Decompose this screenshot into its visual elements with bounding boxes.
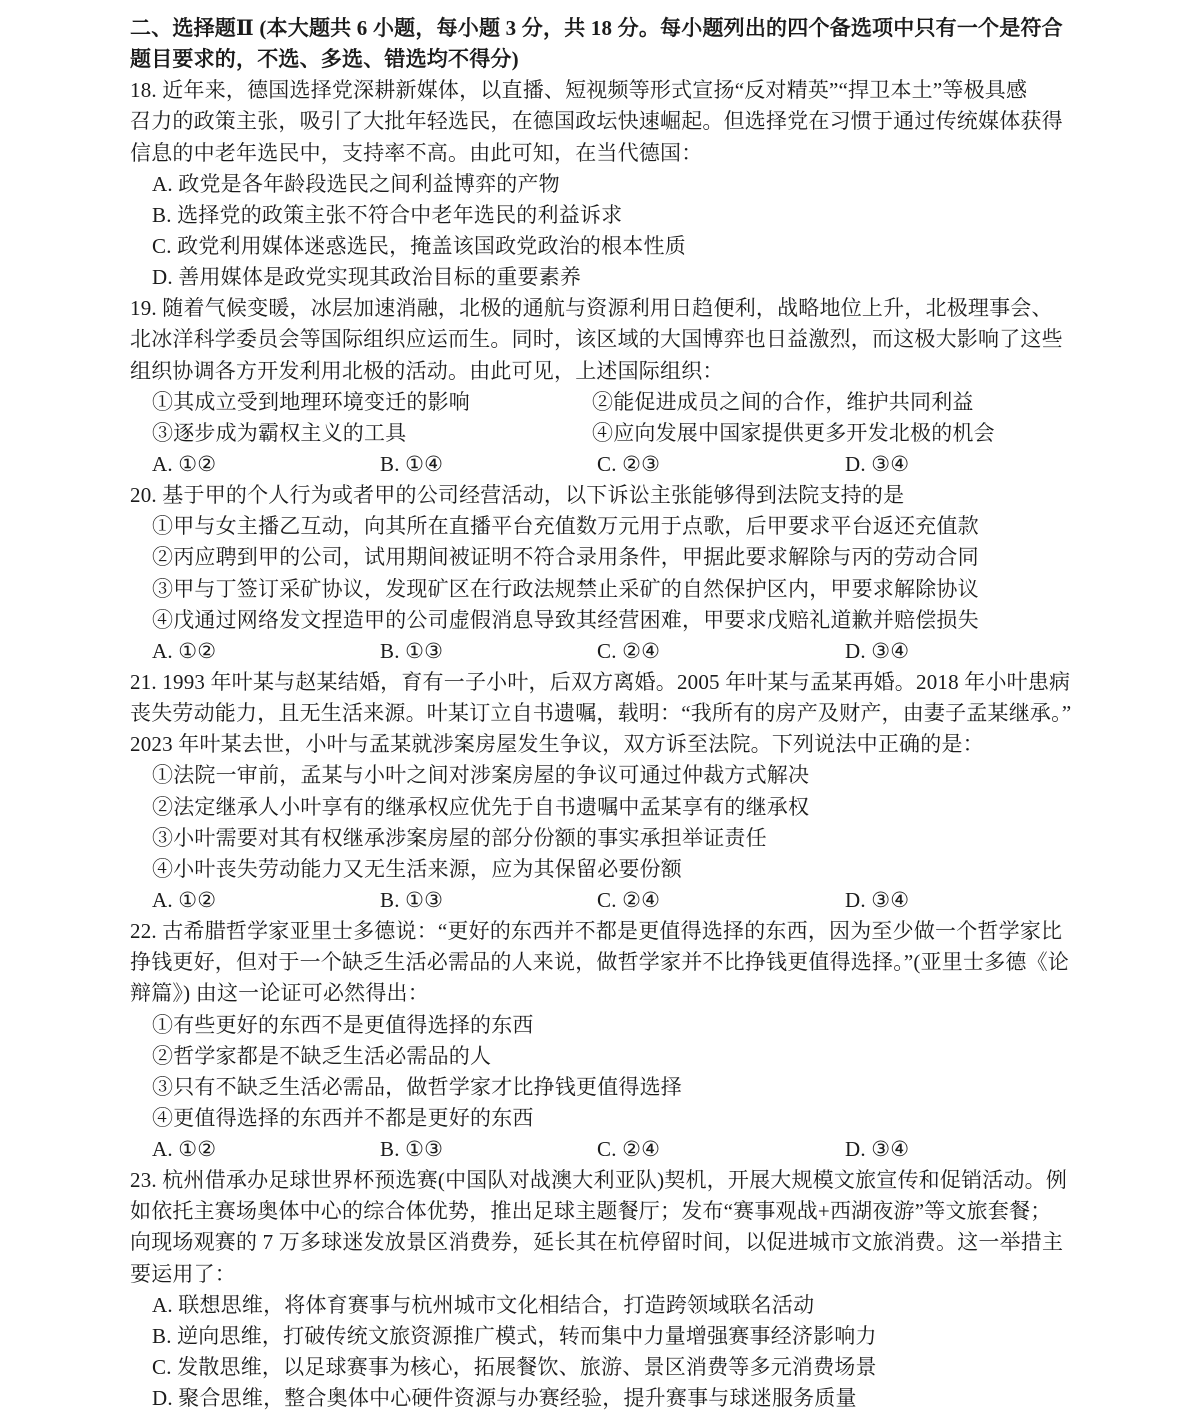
question-stem-line: 22. 古希腊哲学家亚里士多德说：“更好的东西并不都是更值得选择的东西，因为至少… xyxy=(130,916,1070,947)
answer-choices-row: A. ①②B. ①④C. ②③D. ③④ xyxy=(130,449,1070,480)
answer-choice: B. ①③ xyxy=(380,1134,597,1165)
answer-choice: B. ①③ xyxy=(380,885,597,916)
numbered-item: ③逐步成为霸权主义的工具 xyxy=(152,418,592,449)
section-header-line: 题目要求的，不选、多选、错选均不得分) xyxy=(130,44,1070,75)
question-stem-line: 信息的中老年选民中，支持率不高。由此可知，在当代德国： xyxy=(130,138,1070,169)
question-stem-line: 召力的政策主张，吸引了大批年轻选民，在德国政坛快速崛起。但选择党在习惯于通过传统… xyxy=(130,106,1070,137)
section-header-line: 二、选择题Ⅱ (本大题共 6 小题，每小题 3 分，共 18 分。每小题列出的四… xyxy=(130,13,1070,44)
numbered-item: ①其成立受到地理环境变迁的影响 xyxy=(152,387,592,418)
option-line: ②丙应聘到甲的公司，试用期间被证明不符合录用条件，甲据此要求解除与丙的劳动合同 xyxy=(130,542,1070,573)
option-line: ④小叶丧失劳动能力又无生活来源，应为其保留必要份额 xyxy=(130,854,1070,885)
question-stem-line: 向现场观赛的 7 万多球迷发放景区消费券，延长其在杭停留时间，以促进城市文旅消费… xyxy=(130,1227,1070,1258)
question-stem-line: 要运用了： xyxy=(130,1259,1070,1290)
answer-choice: A. ①② xyxy=(152,636,380,667)
answer-choices-row: A. ①②B. ①③C. ②④D. ③④ xyxy=(130,885,1070,916)
option-line: ②哲学家都是不缺乏生活必需品的人 xyxy=(130,1041,1070,1072)
option-line: C. 发散思维，以足球赛事为核心，拓展餐饮、旅游、景区消费等多元消费场景 xyxy=(130,1352,1070,1383)
numbered-item-row: ①其成立受到地理环境变迁的影响②能促进成员之间的合作，维护共同利益 xyxy=(130,387,1070,418)
question-stem-line: 丧失劳动能力，且无生活来源。叶某订立自书遗嘱，载明：“我所有的房产及财产，由妻子… xyxy=(130,698,1070,729)
option-line: ①有些更好的东西不是更值得选择的东西 xyxy=(130,1010,1070,1041)
answer-choice: C. ②④ xyxy=(597,636,845,667)
question-20: 20. 基于甲的个人行为或者甲的公司经营活动，以下诉讼主张能够得到法院支持的是①… xyxy=(130,480,1070,667)
answer-choice: D. ③④ xyxy=(845,636,1070,667)
option-line: A. 联想思维，将体育赛事与杭州城市文化相结合，打造跨领域联名活动 xyxy=(130,1290,1070,1321)
option-line: ④戊通过网络发文捏造甲的公司虚假消息导致其经营困难，甲要求戊赔礼道歉并赔偿损失 xyxy=(130,605,1070,636)
option-line: ①法院一审前，孟某与小叶之间对涉案房屋的争议可通过仲裁方式解决 xyxy=(130,760,1070,791)
question-18: 18. 近年来，德国选择党深耕新媒体，以直播、短视频等形式宣扬“反对精英”“捍卫… xyxy=(130,75,1070,293)
question-stem-line: 19. 随着气候变暖，冰层加速消融，北极的通航与资源利用日趋便利，战略地位上升，… xyxy=(130,293,1070,324)
question-stem-line: 21. 1993 年叶某与赵某结婚，育有一子小叶，后双方离婚。2005 年叶某与… xyxy=(130,667,1070,698)
option-line: C. 政党利用媒体迷惑选民，掩盖该国政党政治的根本性质 xyxy=(130,231,1070,262)
option-line: ③小叶需要对其有权继承涉案房屋的部分份额的事实承担举证责任 xyxy=(130,823,1070,854)
section-header: 二、选择题Ⅱ (本大题共 6 小题，每小题 3 分，共 18 分。每小题列出的四… xyxy=(130,13,1070,75)
answer-choice: C. ②④ xyxy=(597,885,845,916)
answer-choice: A. ①② xyxy=(152,449,380,480)
answer-choice: C. ②④ xyxy=(597,1134,845,1165)
question-23: 23. 杭州借承办足球世界杯预选赛(中国队对战澳大利亚队)契机，开展大规模文旅宣… xyxy=(130,1165,1070,1414)
question-stem-line: 辩篇》) 由这一论证可必然得出： xyxy=(130,978,1070,1009)
numbered-item: ②能促进成员之间的合作，维护共同利益 xyxy=(592,387,974,418)
answer-choice: D. ③④ xyxy=(845,885,1070,916)
numbered-item-row: ③逐步成为霸权主义的工具④应向发展中国家提供更多开发北极的机会 xyxy=(130,418,1070,449)
option-line: D. 善用媒体是政党实现其政治目标的重要素养 xyxy=(130,262,1070,293)
answer-choice: A. ①② xyxy=(152,885,380,916)
answer-choice: C. ②③ xyxy=(597,449,845,480)
answer-choices-row: A. ①②B. ①③C. ②④D. ③④ xyxy=(130,1134,1070,1165)
numbered-item: ④应向发展中国家提供更多开发北极的机会 xyxy=(592,418,995,449)
answer-choices-row: A. ①②B. ①③C. ②④D. ③④ xyxy=(130,636,1070,667)
option-line: ①甲与女主播乙互动，向其所在直播平台充值数万元用于点歌，后甲要求平台返还充值款 xyxy=(130,511,1070,542)
question-stem-line: 挣钱更好，但对于一个缺乏生活必需品的人来说，做哲学家并不比挣钱更值得选择。”(亚… xyxy=(130,947,1070,978)
question-stem-line: 20. 基于甲的个人行为或者甲的公司经营活动，以下诉讼主张能够得到法院支持的是 xyxy=(130,480,1070,511)
questions-container: 18. 近年来，德国选择党深耕新媒体，以直播、短视频等形式宣扬“反对精英”“捍卫… xyxy=(130,75,1070,1414)
question-stem-line: 2023 年叶某去世，小叶与孟某就涉案房屋发生争议，双方诉至法院。下列说法中正确… xyxy=(130,729,1070,760)
question-stem-line: 18. 近年来，德国选择党深耕新媒体，以直播、短视频等形式宣扬“反对精英”“捍卫… xyxy=(130,75,1070,106)
option-line: ②法定继承人小叶享有的继承权应优先于自书遗嘱中孟某享有的继承权 xyxy=(130,792,1070,823)
question-19: 19. 随着气候变暖，冰层加速消融，北极的通航与资源利用日趋便利，战略地位上升，… xyxy=(130,293,1070,480)
question-stem-line: 23. 杭州借承办足球世界杯预选赛(中国队对战澳大利亚队)契机，开展大规模文旅宣… xyxy=(130,1165,1070,1196)
question-21: 21. 1993 年叶某与赵某结婚，育有一子小叶，后双方离婚。2005 年叶某与… xyxy=(130,667,1070,916)
question-stem-line: 如依托主赛场奥体中心的综合体优势，推出足球主题餐厅；发布“赛事观战+西湖夜游”等… xyxy=(130,1196,1070,1227)
exam-document: 二、选择题Ⅱ (本大题共 6 小题，每小题 3 分，共 18 分。每小题列出的四… xyxy=(0,0,1190,1416)
option-line: B. 逆向思维，打破传统文旅资源推广模式，转而集中力量增强赛事经济影响力 xyxy=(130,1321,1070,1352)
option-line: D. 聚合思维，整合奥体中心硬件资源与办赛经验，提升赛事与球迷服务质量 xyxy=(130,1383,1070,1414)
option-line: B. 选择党的政策主张不符合中老年选民的利益诉求 xyxy=(130,200,1070,231)
answer-choice: D. ③④ xyxy=(845,449,1070,480)
option-line: ③只有不缺乏生活必需品，做哲学家才比挣钱更值得选择 xyxy=(130,1072,1070,1103)
question-stem-line: 组织协调各方开发利用北极的活动。由此可见，上述国际组织： xyxy=(130,356,1070,387)
answer-choice: B. ①④ xyxy=(380,449,597,480)
option-line: ④更值得选择的东西并不都是更好的东西 xyxy=(130,1103,1070,1134)
answer-choice: B. ①③ xyxy=(380,636,597,667)
option-line: ③甲与丁签订采矿协议，发现矿区在行政法规禁止采矿的自然保护区内，甲要求解除协议 xyxy=(130,574,1070,605)
answer-choice: D. ③④ xyxy=(845,1134,1070,1165)
option-line: A. 政党是各年龄段选民之间利益博弈的产物 xyxy=(130,169,1070,200)
answer-choice: A. ①② xyxy=(152,1134,380,1165)
question-stem-line: 北冰洋科学委员会等国际组织应运而生。同时，该区域的大国博弈也日益激烈，而这极大影… xyxy=(130,324,1070,355)
question-22: 22. 古希腊哲学家亚里士多德说：“更好的东西并不都是更值得选择的东西，因为至少… xyxy=(130,916,1070,1165)
